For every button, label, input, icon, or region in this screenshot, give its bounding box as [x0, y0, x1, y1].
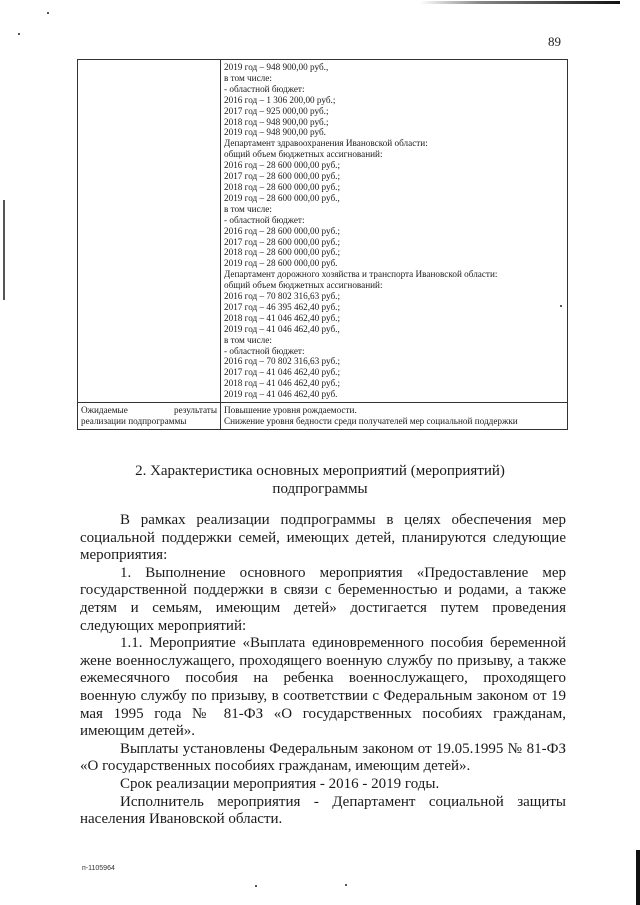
funding-line: 2019 год – 41 046 462,40 руб.	[224, 389, 564, 400]
page-number: 89	[548, 34, 561, 50]
funding-line: 2017 год – 41 046 462,40 руб.;	[224, 367, 564, 378]
table-row-expected-results: Ожидаемые результаты реализации подпрогр…	[78, 403, 568, 430]
paragraph: В рамках реализации подпрограммы в целях…	[80, 512, 566, 565]
paragraph: Срок реализации мероприятия - 2016 - 201…	[80, 776, 566, 794]
paragraph: Выплаты установлены Федеральным законом …	[80, 741, 566, 776]
scan-speck	[345, 884, 347, 886]
table-row-funding: 2019 год – 948 900,00 руб.,в том числе:-…	[78, 60, 568, 403]
scan-speck	[47, 12, 49, 14]
scan-artifact-right	[636, 850, 640, 905]
section-heading-line: подпрограммы	[80, 480, 560, 498]
funding-line: 2018 год – 28 600 000,00 руб.;	[224, 247, 564, 258]
section-heading: 2. Характеристика основных мероприятий (…	[80, 462, 560, 498]
budget-table: 2019 год – 948 900,00 руб.,в том числе:-…	[77, 59, 568, 430]
funding-line: 2017 год – 28 600 000,00 руб.;	[224, 237, 564, 248]
funding-line: 2019 год – 948 900,00 руб.,	[224, 62, 564, 73]
scan-speck	[255, 885, 257, 887]
section-heading-line: 2. Характеристика основных мероприятий (…	[80, 462, 560, 480]
funding-line: 2016 год – 70 802 316,63 руб.;	[224, 291, 564, 302]
funding-line: 2017 год – 46 395 462,40 руб.;	[224, 302, 564, 313]
funding-line: Департамент дорожного хозяйства и трансп…	[224, 269, 564, 280]
scan-artifact-top	[420, 1, 620, 4]
funding-line: 2018 год – 41 046 462,40 руб.;	[224, 378, 564, 389]
funding-line: общий объем бюджетных ассигнований:	[224, 149, 564, 160]
table-cell-expected-results: Повышение уровня рождаемости. Снижение у…	[221, 403, 568, 430]
scan-speck	[18, 33, 20, 35]
funding-line: в том числе:	[224, 335, 564, 346]
funding-line: 2016 год – 28 600 000,00 руб.;	[224, 160, 564, 171]
table-cell-expected-results-label: Ожидаемые результаты реализации подпрогр…	[78, 403, 221, 430]
funding-line: в том числе:	[224, 73, 564, 84]
funding-line: 2019 год – 28 600 000,00 руб.	[224, 258, 564, 269]
funding-line: 2018 год – 41 046 462,40 руб.;	[224, 313, 564, 324]
result-line: Снижение уровня бедности среди получател…	[224, 416, 564, 427]
funding-line: 2019 год – 948 900,00 руб.	[224, 127, 564, 138]
funding-line: 2018 год – 28 600 000,00 руб.;	[224, 182, 564, 193]
section-body: В рамках реализации подпрограммы в целях…	[80, 512, 566, 829]
funding-line: 2019 год – 41 046 462,40 руб.,	[224, 324, 564, 335]
paragraph: Исполнитель мероприятия - Департамент со…	[80, 794, 566, 829]
paragraph: 1.1. Мероприятие «Выплата единовременног…	[80, 635, 566, 741]
funding-line: общий объем бюджетных ассигнований:	[224, 280, 564, 291]
funding-line: - областной бюджет:	[224, 84, 564, 95]
funding-line: в том числе:	[224, 204, 564, 215]
result-line: Повышение уровня рождаемости.	[224, 405, 564, 416]
funding-line: 2017 год – 28 600 000,00 руб.;	[224, 171, 564, 182]
label-word: результаты	[174, 405, 217, 416]
funding-line: 2016 год – 28 600 000,00 руб.;	[224, 226, 564, 237]
funding-line: Департамент здравоохранения Ивановской о…	[224, 138, 564, 149]
label-line: реализации подпрограммы	[81, 416, 217, 427]
table-cell-funding-details: 2019 год – 948 900,00 руб.,в том числе:-…	[221, 60, 568, 403]
label-word: Ожидаемые	[81, 405, 128, 416]
funding-line: - областной бюджет:	[224, 215, 564, 226]
document-code: п-1105964	[82, 865, 115, 872]
funding-line: 2018 год – 948 900,00 руб.;	[224, 117, 564, 128]
funding-line: 2017 год – 925 000,00 руб.;	[224, 106, 564, 117]
paragraph: 1. Выполнение основного мероприятия «Пре…	[80, 565, 566, 635]
funding-line: - областной бюджет:	[224, 346, 564, 357]
funding-line: 2016 год – 1 306 200,00 руб.;	[224, 95, 564, 106]
funding-line: 2019 год – 28 600 000,00 руб.,	[224, 193, 564, 204]
scan-artifact-left	[3, 200, 5, 300]
funding-line: 2016 год – 70 802 316,63 руб.;	[224, 356, 564, 367]
table-cell-label-empty	[78, 60, 221, 403]
